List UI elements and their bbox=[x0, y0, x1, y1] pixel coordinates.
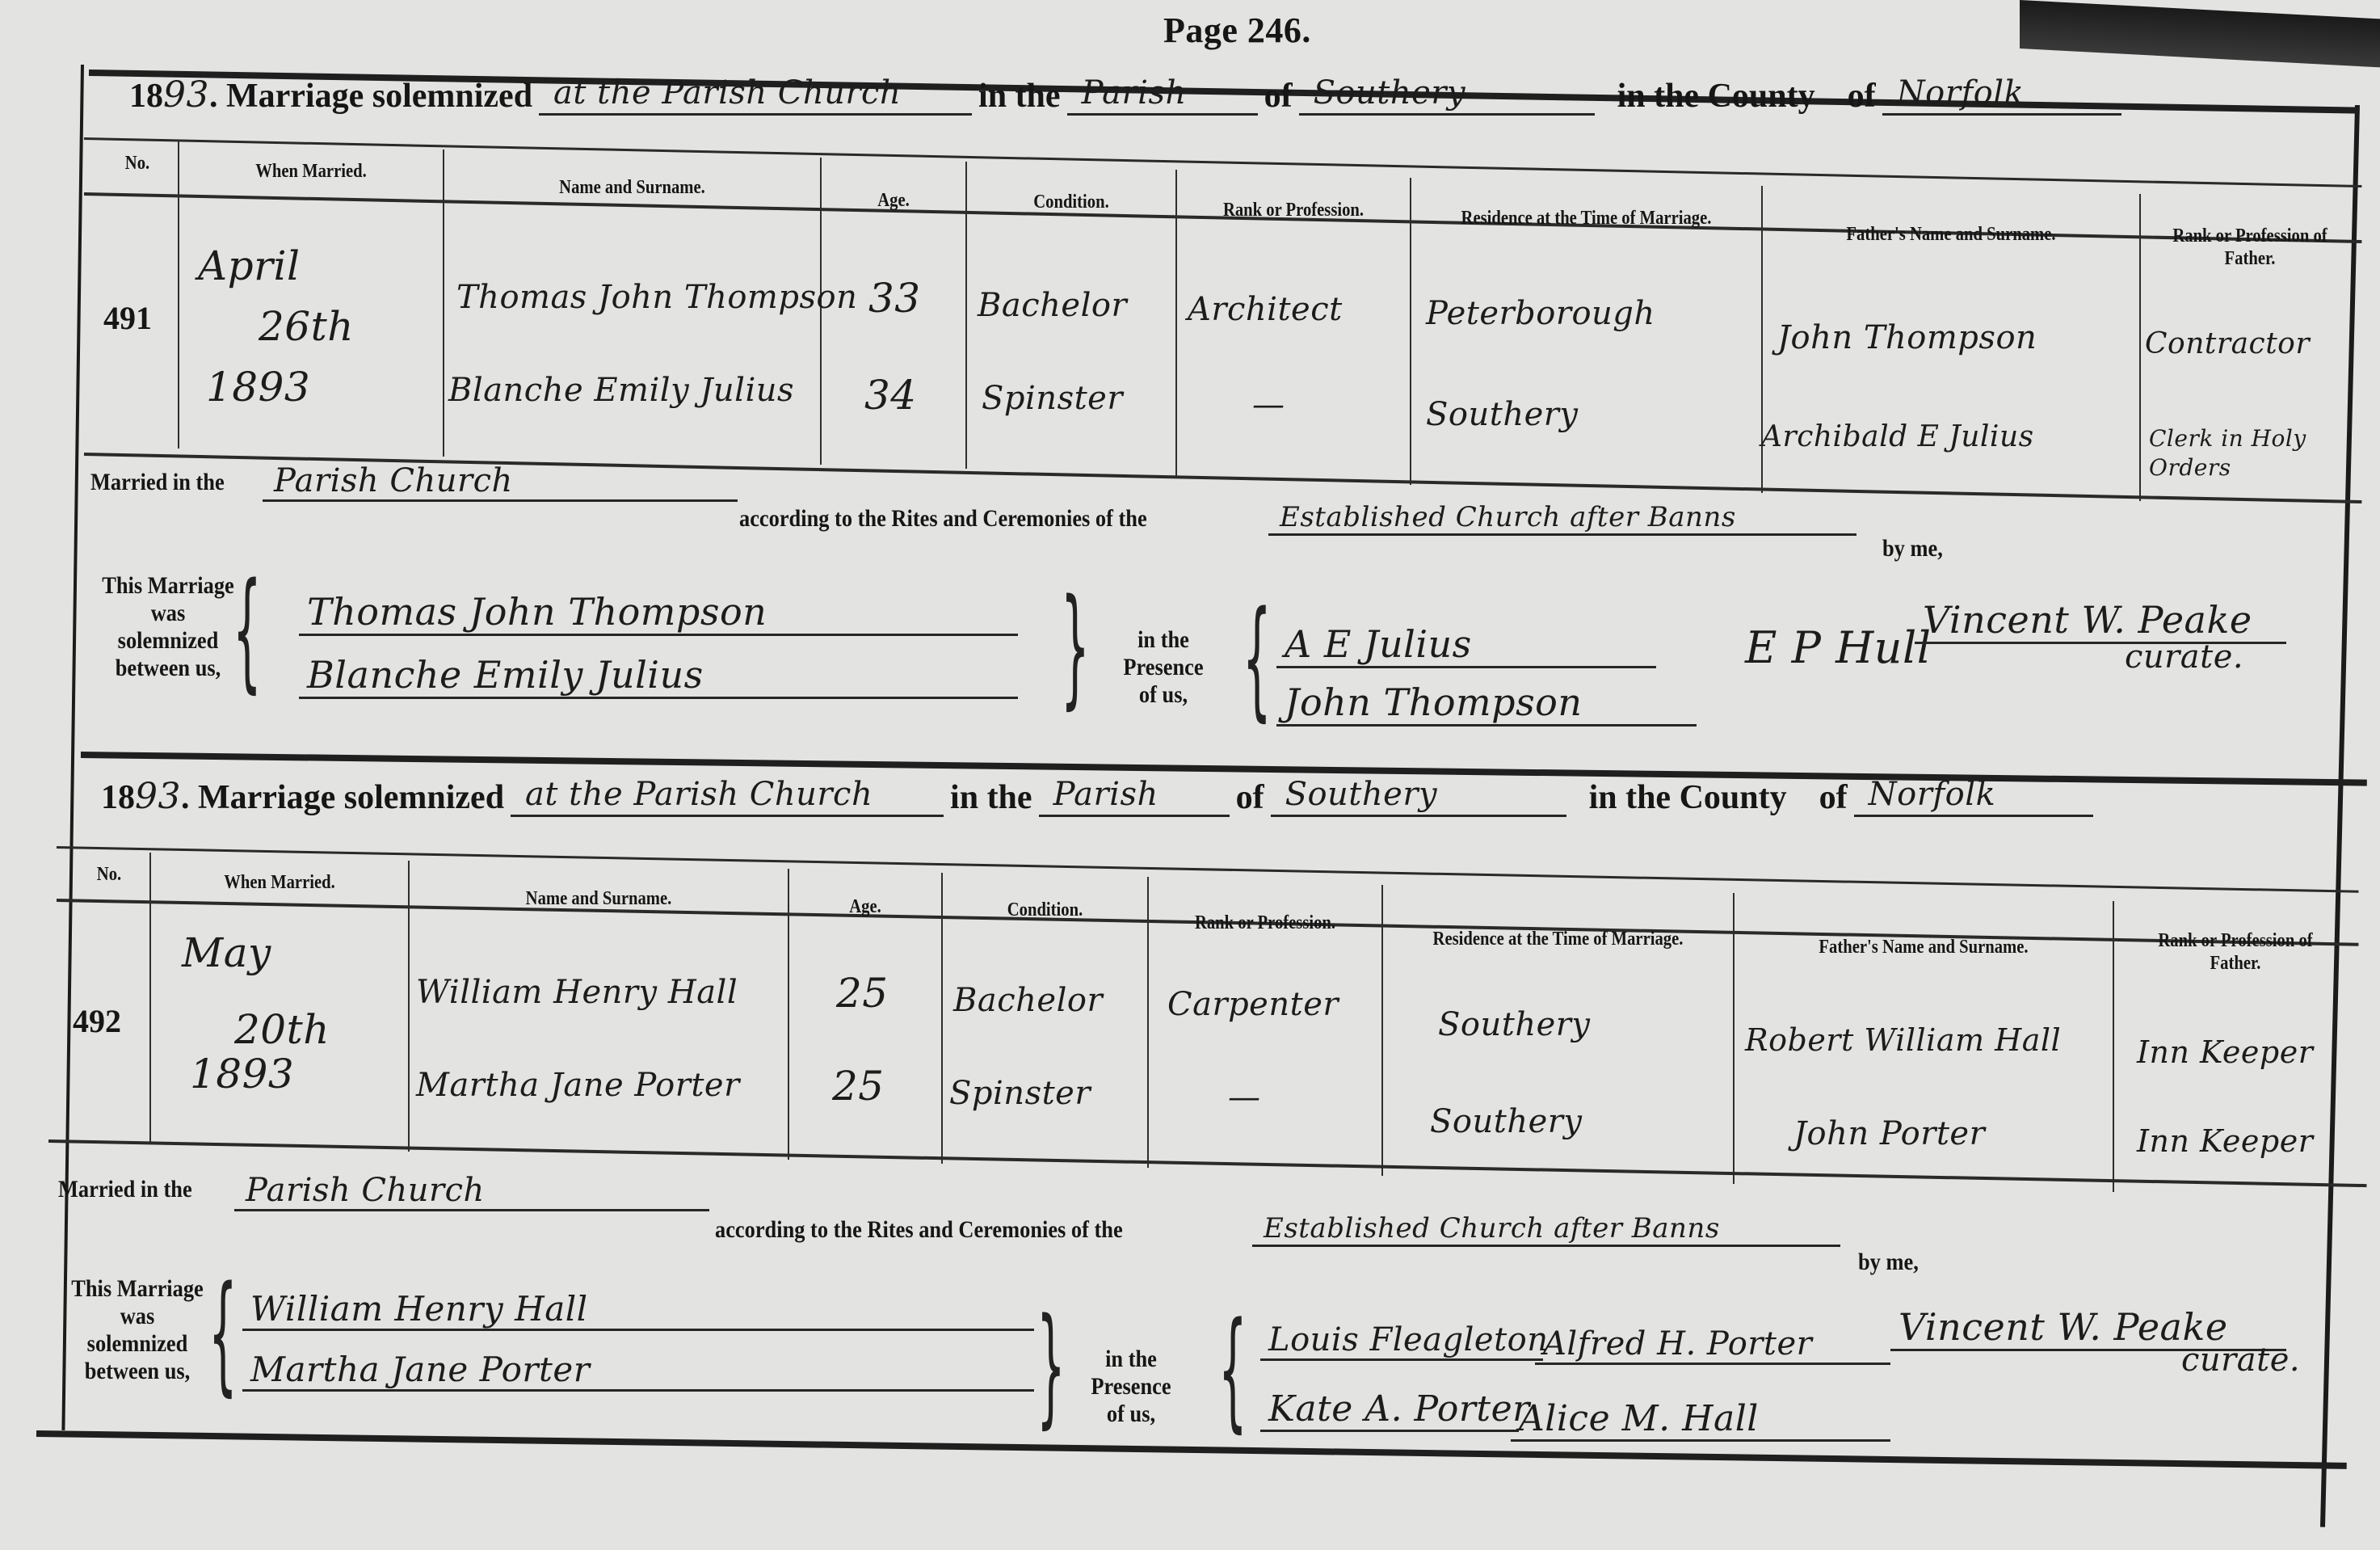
col-header-profession: Rank or Profession. bbox=[1193, 199, 1394, 221]
col-divider bbox=[1175, 170, 1177, 477]
entry-number: 491 bbox=[103, 299, 152, 337]
col-divider bbox=[1381, 885, 1383, 1176]
groom-signature: Thomas John Thompson bbox=[299, 590, 1018, 636]
col-divider bbox=[965, 162, 967, 469]
between-us-label: This Marriage was solemnized between us, bbox=[52, 1275, 222, 1385]
bride-name: Blanche Emily Julius bbox=[448, 372, 794, 409]
groom-father-profession: Inn Keeper bbox=[2137, 1034, 2313, 1070]
right-brace-icon: } bbox=[1061, 582, 1090, 711]
county-field: Norfolk bbox=[1854, 776, 2093, 817]
page-frame-left bbox=[61, 65, 84, 1430]
of-label-2: of bbox=[1848, 77, 1876, 116]
marriage-solemnized-label: Marriage solemnized bbox=[226, 77, 532, 116]
married-in-field: Parish Church bbox=[263, 462, 738, 502]
col-divider bbox=[149, 853, 151, 1144]
groom-condition: Bachelor bbox=[978, 287, 1127, 324]
left-brace-icon: { bbox=[208, 1269, 238, 1398]
district-field: Parish bbox=[1067, 74, 1258, 116]
scan-edge-shadow bbox=[2020, 0, 2380, 67]
bride-signature: Martha Jane Porter bbox=[242, 1350, 1034, 1392]
col-header-father-profession: Rank or Profession of Father. bbox=[2131, 929, 2340, 975]
witness-brace-icon: { bbox=[1243, 594, 1272, 723]
groom-father-name: John Thompson bbox=[1777, 319, 2037, 356]
of-label: of bbox=[1236, 778, 1264, 817]
district-field: Parish bbox=[1039, 776, 1230, 817]
witness-3-signature: Kate A. Porter bbox=[1260, 1388, 1519, 1432]
header-top-rule bbox=[57, 846, 2359, 893]
bride-residence: Southery bbox=[1426, 396, 1578, 433]
in-the-label: in the bbox=[978, 77, 1061, 116]
col-divider bbox=[788, 869, 789, 1160]
page-title: Page 246. bbox=[1163, 10, 1311, 51]
col-divider bbox=[443, 150, 444, 457]
col-header-when: When Married. bbox=[169, 871, 389, 894]
witness-1-signature: A E Julius bbox=[1276, 622, 1656, 668]
left-brace-icon: { bbox=[233, 566, 262, 695]
when-year: 1893 bbox=[190, 1051, 294, 1097]
col-header-no: No. bbox=[74, 863, 144, 886]
bride-age: 25 bbox=[832, 1063, 885, 1110]
groom-profession: Architect bbox=[1188, 291, 1343, 328]
county-label: in the County bbox=[1589, 778, 1787, 817]
bride-age: 34 bbox=[864, 372, 917, 419]
col-header-when: When Married. bbox=[198, 160, 424, 183]
groom-signature: William Henry Hall bbox=[242, 1289, 1034, 1331]
place-field: at the Parish Church bbox=[511, 776, 944, 817]
marriage-solemnized-label: Marriage solemnized bbox=[198, 778, 504, 817]
bride-father-name: John Porter bbox=[1793, 1115, 1985, 1152]
col-divider bbox=[2113, 901, 2114, 1192]
col-header-father-profession: Rank or Profession of Father. bbox=[2156, 225, 2344, 270]
officiant-title: curate. bbox=[2181, 1342, 2300, 1379]
col-header-condition: Condition. bbox=[982, 191, 1161, 213]
right-brace-icon: } bbox=[1037, 1301, 1066, 1430]
according-to-label: according to the Rites and Ceremonies of… bbox=[715, 1216, 1123, 1244]
when-month: April bbox=[198, 242, 301, 289]
bride-father-name: Archibald E Julius bbox=[1761, 420, 2034, 453]
between-us-label: This Marriage was solemnized between us, bbox=[82, 572, 253, 682]
col-divider bbox=[408, 861, 410, 1152]
col-divider bbox=[1147, 877, 1149, 1168]
col-divider bbox=[1733, 893, 1735, 1184]
when-year: 1893 bbox=[206, 364, 310, 411]
col-divider bbox=[2139, 194, 2141, 501]
bride-signature: Blanche Emily Julius bbox=[299, 653, 1018, 699]
groom-age: 25 bbox=[836, 970, 889, 1017]
bride-residence: Southery bbox=[1430, 1103, 1582, 1140]
register-page: Page 246. 18 93 . Marriage solemnized at… bbox=[0, 0, 2380, 1550]
bride-father-profession: Inn Keeper bbox=[2137, 1123, 2313, 1159]
col-header-profession: Rank or Profession. bbox=[1165, 912, 1365, 934]
bride-condition: Spinster bbox=[949, 1075, 1091, 1112]
entry-number: 492 bbox=[73, 1002, 121, 1040]
page-frame-right bbox=[2320, 105, 2360, 1527]
county-field: Norfolk bbox=[1882, 74, 2121, 116]
groom-name: William Henry Hall bbox=[416, 974, 738, 1011]
place-field: at the Parish Church bbox=[539, 74, 972, 116]
entry-bottom-rule bbox=[36, 1430, 2347, 1469]
bride-father-profession: Clerk in Holy Orders bbox=[2149, 424, 2359, 482]
col-header-name: Name and Surname. bbox=[471, 176, 794, 199]
according-to-label: according to the Rites and Ceremonies of… bbox=[739, 505, 1147, 533]
groom-father-name: Robert William Hall bbox=[1745, 1022, 2061, 1058]
bride-profession: — bbox=[1252, 386, 1285, 423]
groom-father-profession: Contractor bbox=[2145, 327, 2310, 360]
in-the-label: in the bbox=[950, 778, 1032, 817]
year-suffix: 93 bbox=[135, 776, 181, 817]
col-header-father-name: Father's Name and Surname. bbox=[1761, 936, 2086, 958]
officiant-signature: Vincent W. Peake bbox=[1915, 598, 2286, 644]
col-divider bbox=[1410, 178, 1411, 485]
col-header-age: Age. bbox=[800, 895, 931, 918]
col-header-father-name: Father's Name and Surname. bbox=[1789, 223, 2113, 246]
year-prefix: 18 bbox=[129, 77, 163, 116]
by-me-label: by me, bbox=[1882, 535, 1943, 562]
witness-2-signature: Alfred H. Porter bbox=[1535, 1325, 1890, 1365]
bride-profession: — bbox=[1228, 1079, 1261, 1116]
groom-residence: Southery bbox=[1438, 1006, 1590, 1043]
entry-heading: 18 93 . Marriage solemnized at the Paris… bbox=[129, 66, 2128, 116]
col-header-age: Age. bbox=[831, 189, 955, 212]
col-header-condition: Condition. bbox=[957, 899, 1133, 921]
witness-1-signature: Louis Fleagleton bbox=[1260, 1321, 1543, 1361]
col-header-no: No. bbox=[103, 152, 172, 175]
married-in-label: Married in the bbox=[58, 1176, 192, 1203]
witness-4-signature: Alice M. Hall bbox=[1511, 1398, 1890, 1442]
groom-residence: Peterborough bbox=[1426, 295, 1655, 332]
groom-profession: Carpenter bbox=[1167, 986, 1339, 1023]
when-day: 26th bbox=[259, 303, 354, 350]
county-label: in the County bbox=[1617, 77, 1815, 116]
married-in-label: Married in the bbox=[90, 469, 225, 496]
col-divider bbox=[178, 141, 179, 449]
witness-2-signature: E P Hull bbox=[1745, 622, 1932, 673]
in-presence-label: in the Presence of us, bbox=[1107, 626, 1221, 709]
married-in-field: Parish Church bbox=[234, 1172, 709, 1211]
col-header-residence: Residence at the Time of Marriage. bbox=[1407, 928, 1708, 950]
officiant-title: curate. bbox=[2125, 638, 2243, 676]
groom-condition: Bachelor bbox=[953, 982, 1103, 1019]
col-header-residence: Residence at the Time of Marriage. bbox=[1436, 207, 1736, 230]
col-header-name: Name and Surname. bbox=[436, 887, 761, 910]
witness-3-signature: John Thompson bbox=[1276, 680, 1697, 727]
bride-name: Martha Jane Porter bbox=[416, 1067, 740, 1104]
witness-brace-icon: { bbox=[1218, 1305, 1247, 1434]
year-prefix: 18 bbox=[101, 778, 135, 817]
groom-age: 33 bbox=[868, 275, 921, 322]
by-me-label: by me, bbox=[1858, 1249, 1919, 1276]
parish-field: Southery bbox=[1271, 776, 1566, 817]
groom-name: Thomas John Thompson bbox=[456, 279, 857, 316]
of-label-2: of bbox=[1819, 778, 1848, 817]
when-day: 20th bbox=[234, 1006, 330, 1053]
when-month: May bbox=[182, 929, 271, 976]
of-label: of bbox=[1264, 77, 1293, 116]
parish-field: Southery bbox=[1299, 74, 1595, 116]
in-presence-label: in the Presence of us, bbox=[1074, 1346, 1188, 1428]
entry-heading: 18 93 . Marriage solemnized at the Paris… bbox=[101, 776, 2100, 817]
col-divider bbox=[941, 873, 943, 1164]
year-suffix: 93 bbox=[163, 74, 209, 116]
header-top-rule bbox=[84, 137, 2361, 187]
rites-field: Established Church after Banns bbox=[1268, 501, 1856, 536]
bride-condition: Spinster bbox=[982, 380, 1123, 417]
rites-field: Established Church after Banns bbox=[1252, 1212, 1840, 1247]
